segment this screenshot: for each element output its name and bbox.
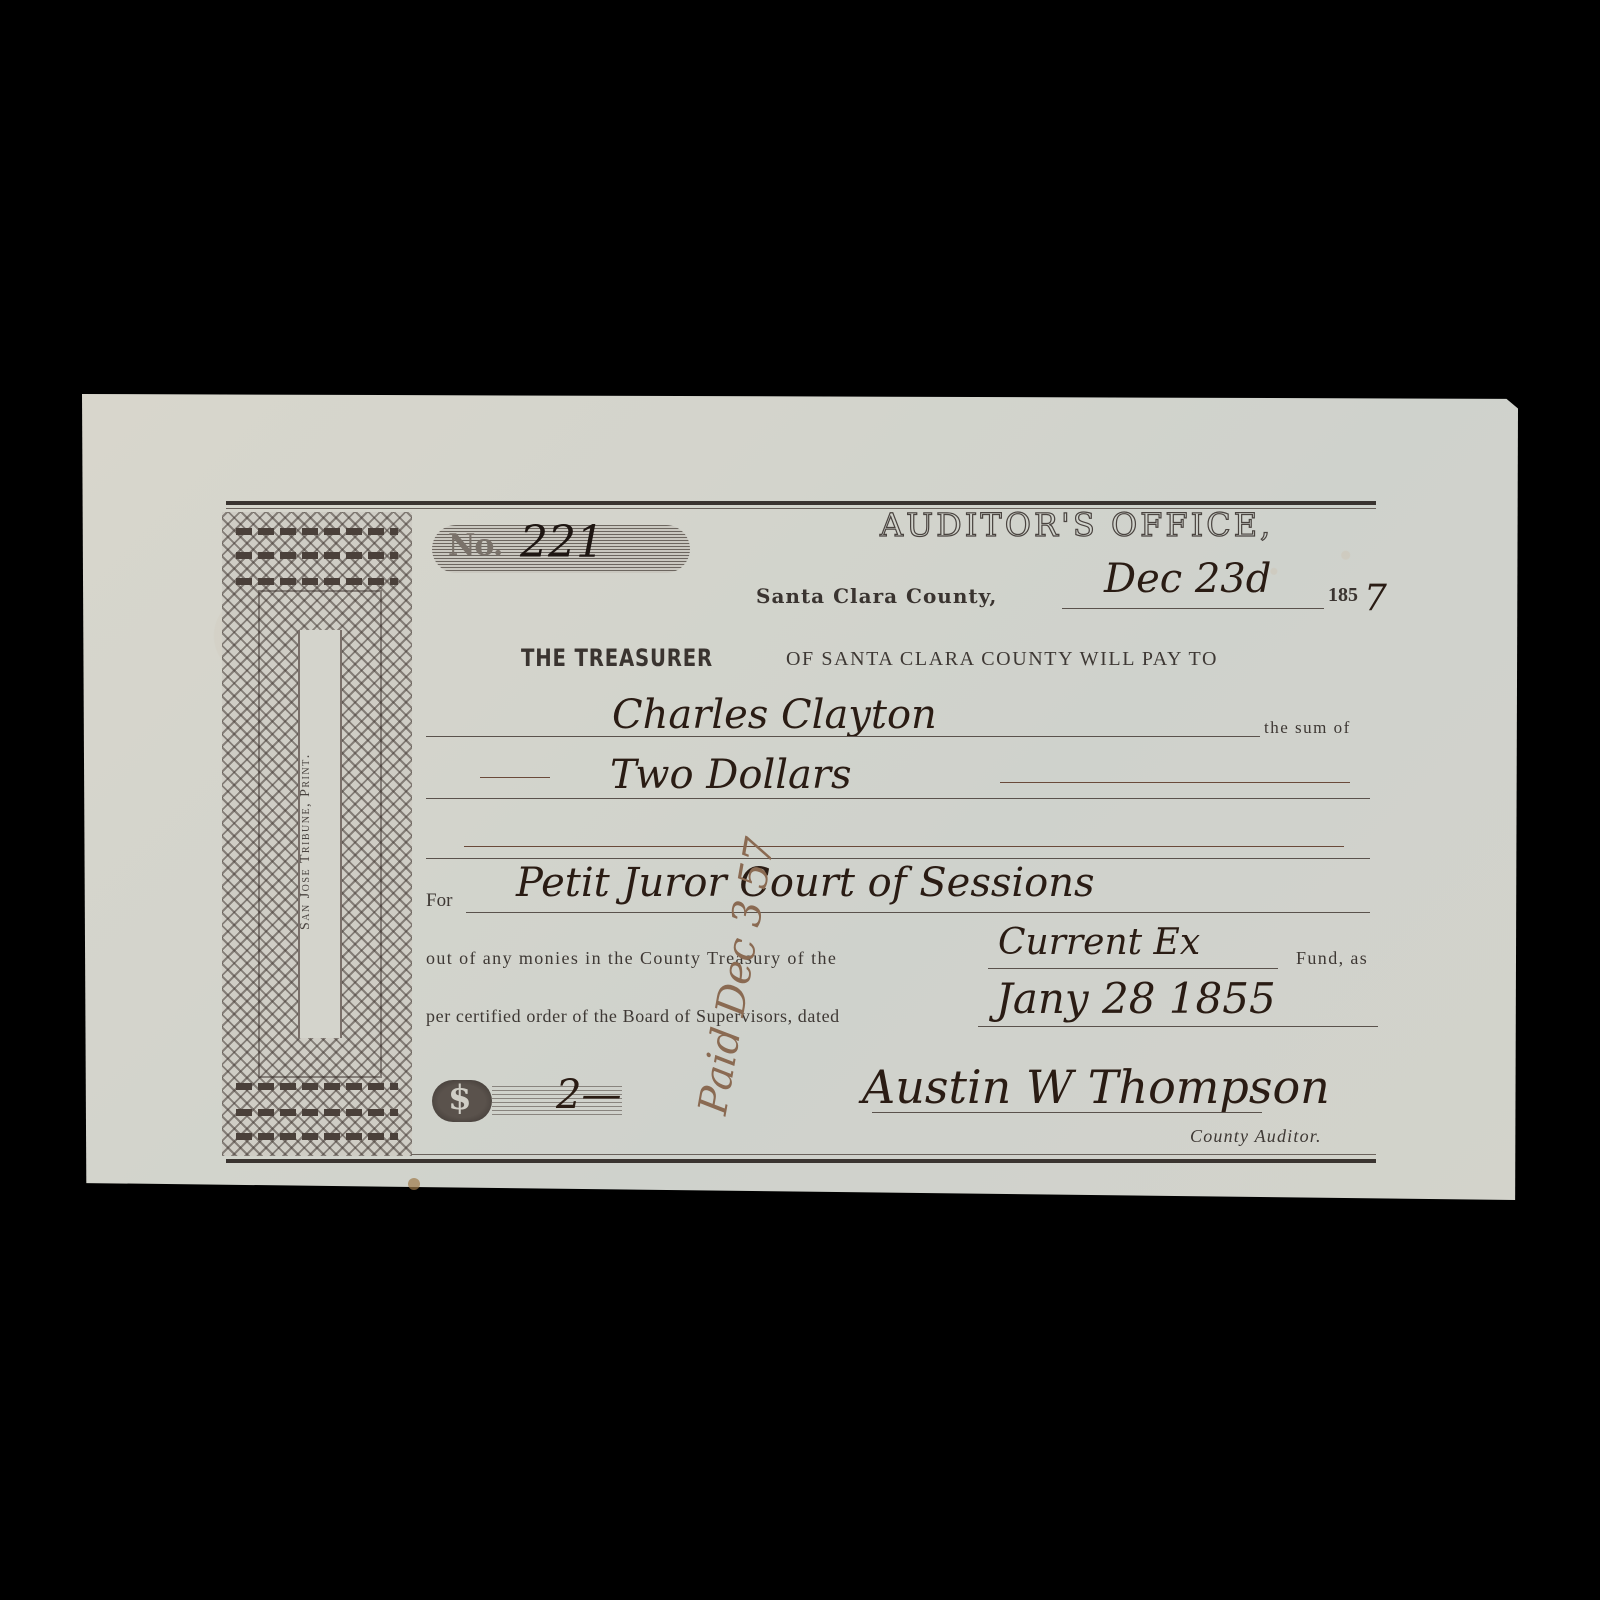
top-border-rule <box>226 501 1376 505</box>
year-handwritten: 7 <box>1364 578 1387 619</box>
year-printed: 185 <box>1328 584 1358 607</box>
office-title: AUDITOR'S OFFICE, <box>880 506 1273 544</box>
sum-label: the sum of <box>1264 718 1351 738</box>
signature-line <box>872 1112 1262 1113</box>
order-date-line <box>978 1026 1378 1027</box>
ornament-bar <box>236 1109 398 1116</box>
ornament-bar <box>236 552 398 559</box>
purpose: Petit Juror Court of Sessions <box>516 860 1095 906</box>
signature-title: County Auditor. <box>1190 1126 1322 1147</box>
printer-imprint: San Jose Tribune, Print. <box>298 690 314 930</box>
number-label: No. <box>448 528 502 563</box>
amount-figure: 2— <box>556 1072 621 1118</box>
amount-in-words: Two Dollars <box>610 752 852 798</box>
purpose-line <box>466 912 1370 913</box>
order-clause: per certified order of the Board of Supe… <box>426 1006 840 1027</box>
photo-stage: San Jose Tribune, Print. No. 221 AUDITOR… <box>0 0 1600 1600</box>
blank-flourish-line <box>464 846 1344 847</box>
county-label: Santa Clara County, <box>756 584 997 608</box>
treasurer-clause: OF SANTA CLARA COUNTY WILL PAY TO <box>786 648 1218 671</box>
blank-line <box>426 858 1370 859</box>
ornament-bar <box>236 578 398 585</box>
for-label: For <box>426 890 452 912</box>
date-line <box>1062 608 1324 609</box>
fund-line <box>988 968 1278 969</box>
auditor-signature: Austin W Thompson <box>862 1060 1330 1114</box>
issue-date: Dec 23d <box>1104 556 1271 602</box>
order-date: Jany 28 1855 <box>996 974 1276 1023</box>
payee-line <box>426 736 1260 737</box>
amount-line <box>426 798 1370 799</box>
ornament-bar <box>236 1133 398 1140</box>
amount-flourish-left <box>480 777 550 778</box>
amount-flourish-right <box>1000 782 1350 783</box>
paper-stain <box>408 1178 420 1190</box>
ornamental-side-panel <box>222 512 412 1156</box>
payee-name: Charles Clayton <box>612 692 937 738</box>
fund-clause-suffix: Fund, as <box>1296 948 1368 969</box>
fund-name: Current Ex <box>998 922 1200 963</box>
ornament-bar <box>236 1083 398 1090</box>
warrant-number: 221 <box>520 517 604 568</box>
fund-clause-prefix: out of any monies in the County Treasury… <box>426 948 837 969</box>
treasurer-heading: THE TREASURER <box>521 644 713 672</box>
dollar-sign: $ <box>448 1078 472 1118</box>
ornament-bar <box>236 528 398 535</box>
bottom-border-rule <box>226 1159 1376 1163</box>
